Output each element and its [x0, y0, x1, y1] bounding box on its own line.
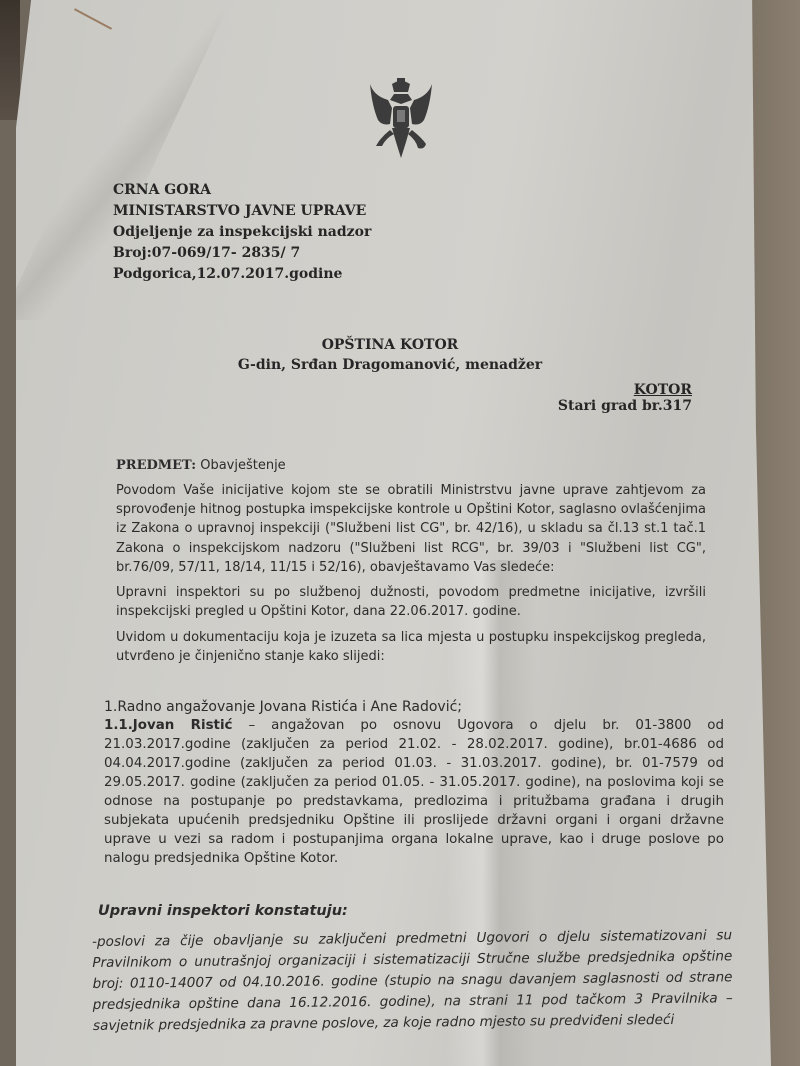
item-label: 1.1.Jovan Ristić	[104, 718, 232, 733]
recipient-street: Stari grad br.317	[558, 398, 692, 414]
montenegro-coat-of-arms-icon	[368, 76, 434, 160]
sender-header: CRNA GORA MINISTARSTVO JAVNE UPRAVE Odje…	[113, 180, 371, 285]
paragraph-intro: Povodom Vaše inicijative kojom ste se ob…	[116, 481, 706, 577]
ministry-name: MINISTARSTVO JAVNE UPRAVE	[113, 201, 371, 222]
paragraph-findings: Uvidom u dokumentaciju koja je izuzeta s…	[116, 628, 706, 666]
subject-line: PREDMET: Obavještenje	[116, 456, 706, 475]
subject-value: Obavještenje	[196, 458, 286, 473]
department-name: Odjeljenje za inspekcijski nadzor	[113, 222, 371, 243]
place-and-date: Podgorica,12.07.2017.godine	[113, 264, 371, 285]
letter-content: CRNA GORA MINISTARSTVO JAVNE UPRAVE Odje…	[0, 0, 800, 1066]
recipient-person: G-din, Srđan Dragomanović, menadžer	[0, 357, 790, 373]
item-text: – angažovan po osnovu Ugovora o djelu br…	[104, 718, 724, 866]
section-item: 1.1.Jovan Ristić – angažovan po osnovu U…	[104, 716, 724, 868]
reference-number: Broj:07-069/17- 2835/ 7	[113, 243, 371, 264]
country-name: CRNA GORA	[113, 180, 371, 201]
conclusion-text: -poslovi za čije obavljanje su zaključen…	[92, 925, 733, 1037]
recipient-name: OPŠTINA KOTOR	[0, 337, 790, 353]
conclusion-heading: Upravni inspektori konstatuju:	[98, 902, 688, 921]
recipient-city: KOTOR	[634, 382, 692, 398]
section-heading: 1.Radno angažovanje Jovana Ristića i Ane…	[104, 698, 724, 717]
subject-label: PREDMET:	[116, 458, 196, 473]
paragraph-inspection: Upravni inspektori su po službenoj dužno…	[116, 583, 706, 621]
